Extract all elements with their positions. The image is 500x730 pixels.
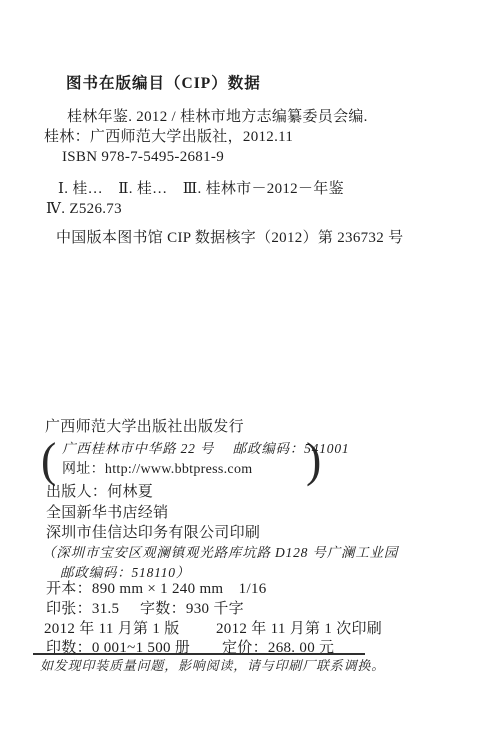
printing-value: 2012 年 11 月第 1 次印刷 (216, 621, 382, 638)
issuer-line: 出版人：何林夏 (46, 484, 153, 501)
word-count-value: 字数：930 千字 (140, 601, 244, 618)
printer-address-line2: 邮政编码：518110） (60, 566, 190, 581)
quality-notice: 如发现印装质量问题，影响阅读，请与印刷厂联系调换。 (40, 659, 385, 673)
open-paren-glyph: ( (41, 436, 56, 484)
cip-isbn: ISBN 978-7-5495-2681-9 (62, 149, 224, 166)
cip-title-line: 桂林年鉴. 2012 / 桂林市地方志编纂委员会编. (67, 109, 368, 126)
printer-line: 深圳市佳信达印务有限公司印刷 (46, 525, 260, 542)
edition-value: 2012 年 11 月第 1 版 (44, 621, 180, 637)
cip-heading: 图书在版编目（CIP）数据 (66, 75, 261, 92)
format-line: 开本：890 mm × 1 240 mm 1/16 (46, 581, 267, 598)
copyright-page: 图书在版编目（CIP）数据 桂林年鉴. 2012 / 桂林市地方志编纂委员会编.… (0, 0, 500, 730)
printer-address-line1: （深圳市宝安区观澜镇观光路库坑路 D128 号广澜工业园 (42, 546, 398, 561)
sheets-value: 印张：31.5 (46, 601, 119, 617)
publisher-website: 网址：http://www.bbtpress.com (62, 462, 252, 477)
cip-classification-line2: Ⅳ. Z526.73 (46, 201, 122, 218)
publisher-address: 广西桂林市中华路 22 号 邮政编码：541001 (62, 442, 349, 457)
cip-record-line: 中国版本图书馆 CIP 数据核字（2012）第 236732 号 (56, 230, 403, 247)
footer-divider (33, 653, 365, 655)
distribution-line: 全国新华书店经销 (46, 505, 168, 522)
publisher-line: 广西师范大学出版社出版发行 (45, 419, 244, 436)
cip-imprint-line: 桂林：广西师范大学出版社，2012.11 (44, 129, 293, 146)
cip-classification-line1: Ⅰ. 桂… Ⅱ. 桂… Ⅲ. 桂林市－2012－年鉴 (58, 181, 344, 198)
edition-line: 2012 年 11 月第 1 版 2012 年 11 月第 1 次印刷 (44, 621, 180, 638)
sheets-wordcount-line: 印张：31.5 字数：930 千字 (46, 601, 119, 618)
